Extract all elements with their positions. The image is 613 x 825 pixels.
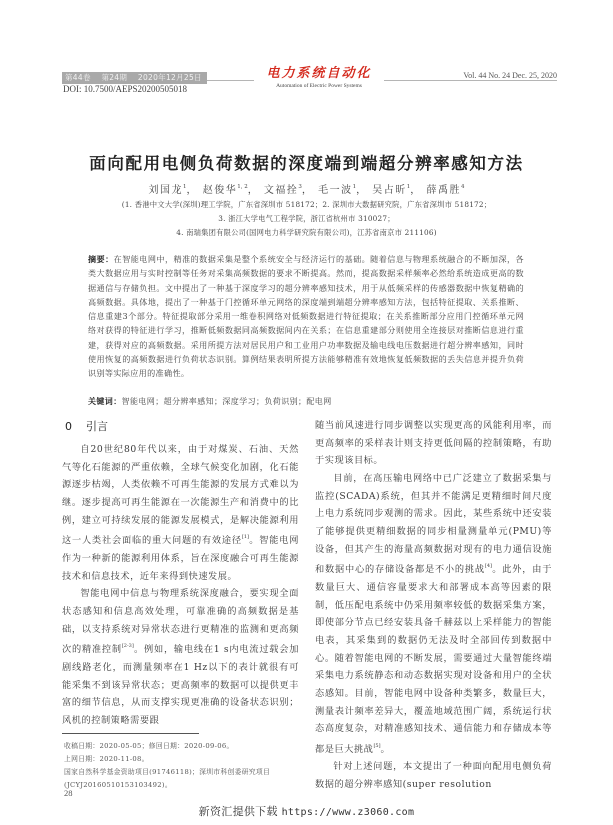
citation[interactable]: [5] (373, 743, 380, 749)
abstract: 摘要：在智能电网中，精准的数据采集是整个系统安全与经济运行的基础。随着信息与物理… (88, 252, 524, 381)
journal-name-en: Automation of Electric Power Systems (254, 82, 384, 90)
abstract-text: 在智能电网中，精准的数据采集是整个系统安全与经济运行的基础。随着信息与物理系统融… (88, 254, 524, 378)
footnote-dates: 收稿日期：2020-05-05；修回日期：2020-09-06。 (64, 740, 304, 753)
paragraph: 智能电网中信息与物理系统深度融合，要实现全面状态感知和信息高效处理，可靠准确的高… (62, 585, 299, 729)
keywords: 关键词：智能电网；超分辨率感知；深度学习；负荷识别；配电网 (88, 396, 524, 407)
keywords-label: 关键词： (88, 397, 122, 406)
author-list: 刘国龙1， 赵俊华1, 2， 文福拴3， 毛一波1， 吴占昕1， 薛禹胜4 (0, 181, 613, 196)
author: 刘国龙1 (149, 185, 187, 196)
paper-title: 面向配用电侧负荷数据的深度端到端超分辨率感知方法 (0, 150, 613, 174)
body-column-left: 自20世纪80年代以来，由于对煤炭、石油、天然气等化石能源的严重依赖，全球气候变… (62, 441, 299, 730)
section-number: 0 (65, 420, 72, 433)
affiliation-line: (1. 香港中文大学(深圳)理工学院，广东省深圳市 518172；2. 深圳市大… (0, 200, 613, 210)
paragraph: 针对上述问题，本文提出了一种面向配用电侧负荷数据的超分辨率感知(super re… (315, 758, 552, 793)
volume-info: Vol. 44 No. 24 Dec. 25, 2020 (459, 71, 557, 80)
section-heading: 0引言 (65, 418, 108, 434)
abstract-label: 摘要： (88, 254, 114, 264)
watermark-text: 新资汇提供下载 (199, 805, 278, 818)
author: 赵俊华1, 2 (203, 185, 248, 196)
journal-name-cn: 电力系统自动化 (254, 66, 384, 82)
citation[interactable]: [2-3] (122, 643, 134, 649)
watermark-url[interactable]: https://www.z3060.com (282, 807, 415, 818)
affiliation-line: 4. 南瑞集团有限公司(国网电力科学研究院有限公司)，江苏省南京市 211106… (0, 228, 613, 238)
author: 文福拴3 (264, 185, 302, 196)
citation[interactable]: [4] (485, 563, 492, 569)
section-title: 引言 (86, 420, 108, 433)
affiliation-line: 3. 浙江大学电气工程学院，浙江省杭州市 310027； (0, 214, 613, 224)
download-watermark: 新资汇提供下载 https://www.z3060.com (0, 803, 613, 819)
footnote-divider (62, 733, 199, 734)
author: 薛禹胜4 (426, 185, 464, 196)
paragraph: 自20世纪80年代以来，由于对煤炭、石油、天然气等化石能源的严重依赖，全球气候变… (62, 441, 299, 585)
footnote-online-date: 上网日期：2020-11-08。 (64, 753, 304, 766)
journal-logo: 电力系统自动化 Automation of Electric Power Sys… (254, 66, 384, 90)
paragraph: 目前，在高压输电网络中已广泛建立了数据采集与监控(SCADA)系统，但其并不能满… (315, 470, 552, 759)
doi: DOI: 10.7500/AEPS20200505018 (63, 84, 187, 94)
author: 吴占昕1 (372, 185, 410, 196)
footnotes: 收稿日期：2020-05-05；修回日期：2020-09-06。 上网日期：20… (64, 740, 304, 792)
page-number: 28 (64, 788, 73, 798)
author: 毛一波1 (318, 185, 356, 196)
issue-date: 2020年12月25日 (138, 73, 202, 82)
body-column-right: 随当前风速进行同步调整以实现更高的风能利用率，而更高频率的采样表计则支持更低间隔… (315, 417, 552, 794)
issue-info-box: 第44卷 第24期 2020年12月25日 (62, 72, 207, 84)
citation[interactable]: [1] (242, 534, 249, 540)
footnote-funding: 国家自然科学基金资助项目(91746118)；深圳市科创委研究项目(JCYJ20… (64, 766, 304, 792)
issue-volume: 第44卷 (65, 73, 91, 82)
paragraph: 随当前风速进行同步调整以实现更高的风能利用率，而更高频率的采样表计则支持更低间隔… (315, 417, 552, 470)
keywords-text: 智能电网；超分辨率感知；深度学习；负荷识别；配电网 (122, 397, 332, 406)
journal-header: 第44卷 第24期 2020年12月25日 DOI: 10.7500/AEPS2… (62, 66, 557, 98)
issue-number: 第24期 (101, 73, 127, 82)
